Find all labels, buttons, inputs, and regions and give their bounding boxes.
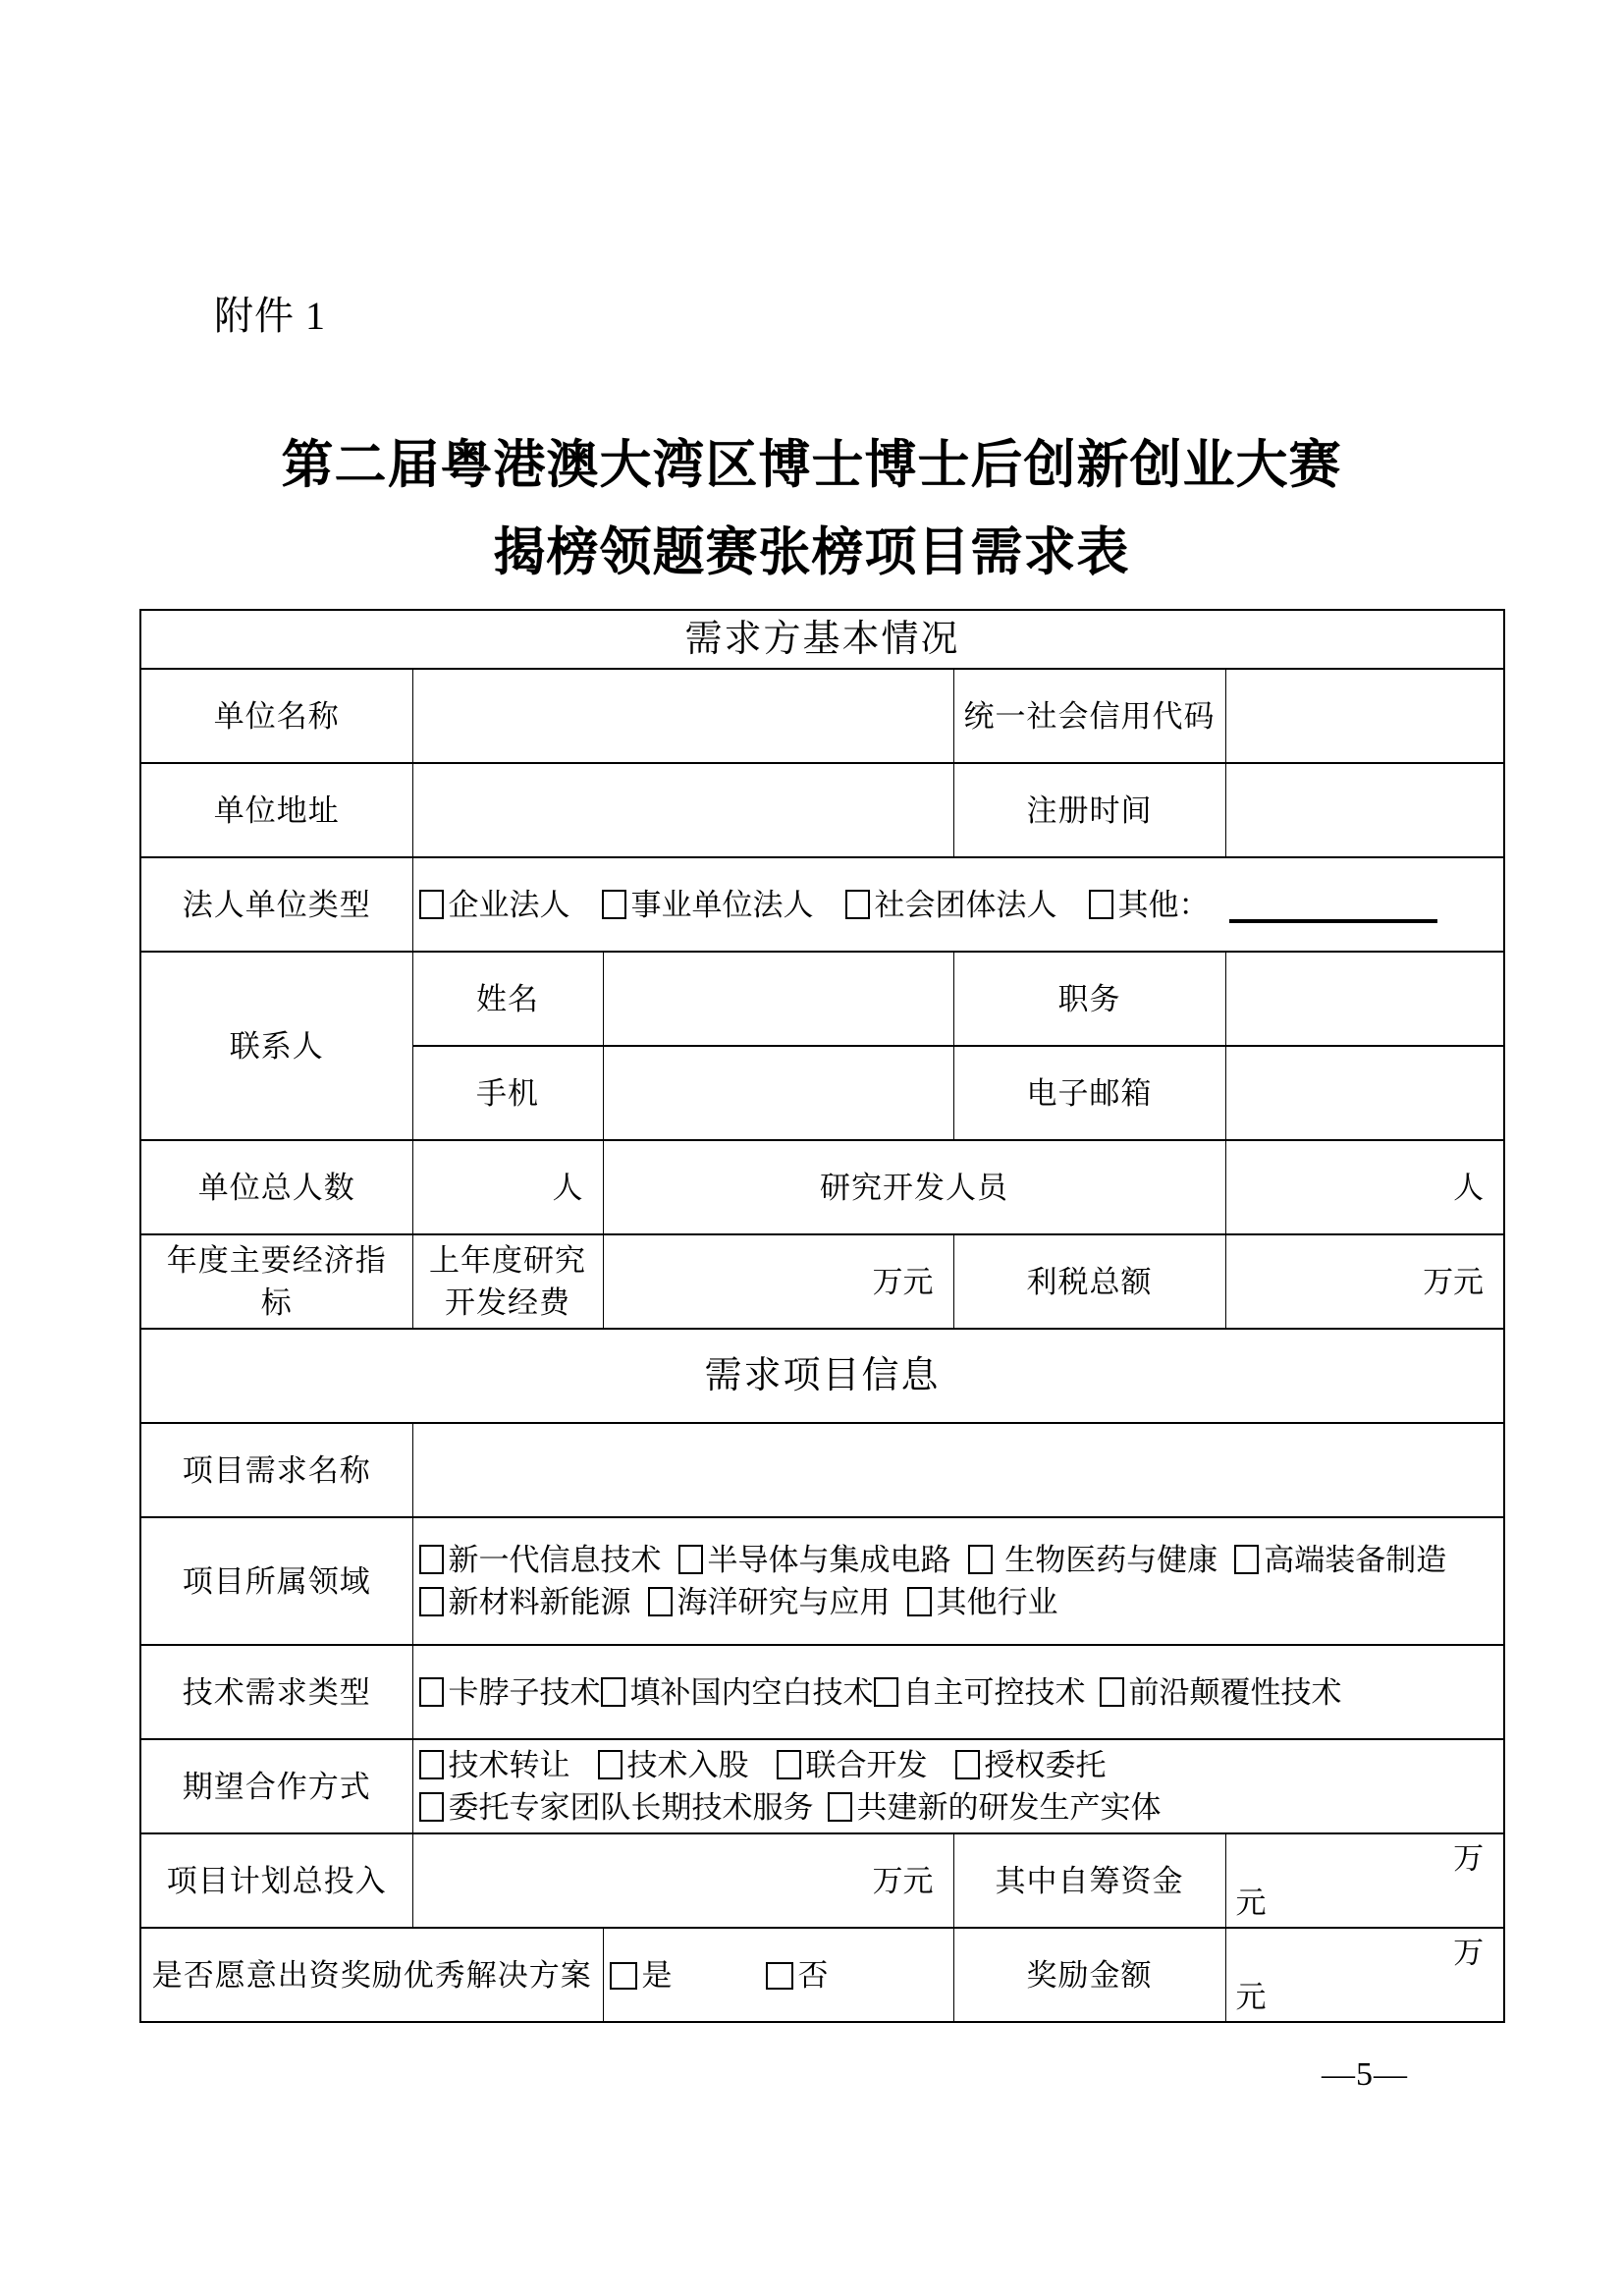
- contact-position-input-cell[interactable]: [1225, 952, 1504, 1046]
- checkbox-icon[interactable]: [598, 1750, 622, 1779]
- contact-name-input-cell[interactable]: [603, 952, 953, 1046]
- cooperation-mode-label: 期望合作方式: [140, 1739, 412, 1833]
- checkbox-icon[interactable]: [907, 1587, 932, 1616]
- reward-amount-unit-wrapped: 万元: [1236, 1931, 1494, 2019]
- option-frontier-disruptive: 前沿颠覆性技术: [1100, 1675, 1342, 1710]
- checkbox-icon[interactable]: [1100, 1677, 1124, 1707]
- contact-position-label: 职务: [953, 952, 1225, 1046]
- document-title-line1: 第二届粤港澳大湾区博士博士后创新创业大赛: [130, 422, 1493, 510]
- self-fund-label: 其中自筹资金: [953, 1833, 1225, 1928]
- rd-fund-unit-cell[interactable]: 万元: [603, 1234, 953, 1329]
- rd-staff-label: 研究开发人员: [603, 1140, 1225, 1234]
- self-fund-unit-cell[interactable]: 万元: [1225, 1833, 1504, 1928]
- checkbox-icon[interactable]: [874, 1677, 898, 1707]
- tech-demand-options-cell: 卡脖子技术填补国内空白技术自主可控技术前沿颠覆性技术: [412, 1645, 1504, 1739]
- option-biomedicine-health: 生物医药与健康: [968, 1543, 1218, 1577]
- option-yes: 是: [610, 1958, 673, 1993]
- staff-total-label: 单位总人数: [140, 1140, 412, 1234]
- option-new-materials-energy: 新材料新能源: [419, 1585, 631, 1619]
- reward-amount-unit-cell[interactable]: 万元: [1225, 1928, 1504, 2022]
- tech-demand-type-label: 技术需求类型: [140, 1645, 412, 1739]
- staff-total-unit-cell[interactable]: 人: [412, 1140, 603, 1234]
- option-institution-legal-person: 事业单位法人: [602, 888, 814, 922]
- checkbox-icon[interactable]: [648, 1587, 673, 1616]
- cooperation-options-line2: 委托专家团队长期技术服务共建新的研发生产实体: [419, 1786, 1498, 1829]
- legal-type-options-cell: 企业法人事业单位法人社会团体法人其他：: [412, 857, 1504, 952]
- checkbox-icon[interactable]: [678, 1545, 703, 1574]
- profit-tax-unit-cell[interactable]: 万元: [1225, 1234, 1504, 1329]
- option-authorized-commission: 授权委托: [955, 1748, 1107, 1782]
- project-name-label: 项目需求名称: [140, 1423, 412, 1517]
- unit-name-label: 单位名称: [140, 669, 412, 763]
- checkbox-icon[interactable]: [1089, 890, 1113, 919]
- project-field-options-cell: 新一代信息技术半导体与集成电路 生物医药与健康高端装备制造 新材料新能源海洋研究…: [412, 1517, 1504, 1645]
- rd-fund-label: 上年度研究开发经费: [412, 1234, 603, 1329]
- option-next-gen-it: 新一代信息技术: [419, 1543, 662, 1577]
- option-independent-controllable: 自主可控技术: [874, 1675, 1086, 1710]
- option-tech-transfer: 技术转让: [419, 1748, 570, 1782]
- reward-amount-label: 奖励金额: [953, 1928, 1225, 2022]
- option-new-rd-entity: 共建新的研发生产实体: [828, 1790, 1162, 1825]
- demand-form-table: 需求方基本情况 单位名称 统一社会信用代码 单位地址 注册时间 法人单位类型 企…: [139, 609, 1505, 2023]
- page-number: —5—: [1322, 2056, 1408, 2094]
- contact-email-label: 电子邮箱: [953, 1046, 1225, 1140]
- other-fill-blank[interactable]: [1229, 884, 1437, 923]
- attachment-label: 附件 1: [214, 293, 326, 340]
- checkbox-icon[interactable]: [419, 1677, 444, 1707]
- reward-yes-no-cell: 是否: [603, 1928, 953, 2022]
- option-other-legal-type: 其他：: [1089, 888, 1437, 922]
- profit-tax-label: 利税总额: [953, 1234, 1225, 1329]
- checkbox-icon[interactable]: [845, 890, 870, 919]
- option-marine-research: 海洋研究与应用: [648, 1585, 891, 1619]
- section-header-basic-info: 需求方基本情况: [140, 610, 1504, 669]
- option-high-end-equipment: 高端装备制造: [1234, 1543, 1446, 1577]
- self-fund-unit-wrapped: 万元: [1236, 1836, 1494, 1925]
- contact-mobile-label: 手机: [412, 1046, 603, 1140]
- option-no: 否: [766, 1958, 829, 1993]
- project-field-label: 项目所属领域: [140, 1517, 412, 1645]
- option-enterprise-legal-person: 企业法人: [419, 888, 570, 922]
- legal-type-label: 法人单位类型: [140, 857, 412, 952]
- option-semiconductor-ic: 半导体与集成电路: [678, 1543, 951, 1577]
- cooperation-options-line1: 技术转让技术入股联合开发授权委托: [419, 1744, 1498, 1786]
- checkbox-icon[interactable]: [419, 1587, 444, 1616]
- document-title: 第二届粤港澳大湾区博士博士后创新创业大赛 揭榜领题赛张榜项目需求表: [130, 422, 1493, 597]
- document-page: 附件 1 第二届粤港澳大湾区博士博士后创新创业大赛 揭榜领题赛张榜项目需求表 需…: [0, 0, 1623, 2296]
- rd-staff-unit-cell[interactable]: 人: [1225, 1140, 1504, 1234]
- cooperation-options-cell: 技术转让技术入股联合开发授权委托 委托专家团队长期技术服务共建新的研发生产实体: [412, 1739, 1504, 1833]
- checkbox-icon[interactable]: [419, 1545, 444, 1574]
- unit-address-input-cell[interactable]: [412, 763, 953, 857]
- checkbox-icon[interactable]: [419, 1792, 444, 1822]
- reward-willingness-label: 是否愿意出资奖励优秀解决方案: [140, 1928, 603, 2022]
- unit-address-label: 单位地址: [140, 763, 412, 857]
- option-bottleneck-tech: 卡脖子技术: [419, 1675, 601, 1710]
- checkbox-icon[interactable]: [1234, 1545, 1259, 1574]
- checkbox-icon[interactable]: [828, 1792, 852, 1822]
- option-joint-development: 联合开发: [777, 1748, 928, 1782]
- contact-label: 联系人: [140, 952, 412, 1140]
- total-investment-label: 项目计划总投入: [140, 1833, 412, 1928]
- document-title-line2: 揭榜领题赛张榜项目需求表: [130, 510, 1493, 597]
- checkbox-icon[interactable]: [955, 1750, 980, 1779]
- checkbox-icon[interactable]: [766, 1962, 793, 1990]
- credit-code-input-cell[interactable]: [1225, 669, 1504, 763]
- section-header-project-info: 需求项目信息: [140, 1329, 1504, 1423]
- option-fill-domestic-gap: 填补国内空白技术: [601, 1675, 874, 1710]
- checkbox-icon[interactable]: [602, 890, 626, 919]
- contact-mobile-input-cell[interactable]: [603, 1046, 953, 1140]
- checkbox-icon[interactable]: [601, 1677, 625, 1707]
- unit-name-input-cell[interactable]: [412, 669, 953, 763]
- register-time-input-cell[interactable]: [1225, 763, 1504, 857]
- checkbox-icon[interactable]: [419, 890, 444, 919]
- checkbox-icon[interactable]: [968, 1545, 993, 1574]
- option-other-industry: 其他行业: [907, 1585, 1058, 1619]
- contact-email-input-cell[interactable]: [1225, 1046, 1504, 1140]
- checkbox-icon[interactable]: [419, 1750, 444, 1779]
- register-time-label: 注册时间: [953, 763, 1225, 857]
- project-name-input-cell[interactable]: [412, 1423, 1504, 1517]
- option-social-group-legal-person: 社会团体法人: [845, 888, 1057, 922]
- option-expert-team-service: 委托专家团队长期技术服务: [419, 1790, 814, 1825]
- checkbox-icon[interactable]: [610, 1962, 637, 1990]
- total-investment-unit-cell[interactable]: 万元: [412, 1833, 953, 1928]
- project-field-options-line2: 新材料新能源海洋研究与应用其他行业: [419, 1581, 1498, 1623]
- credit-code-label: 统一社会信用代码: [953, 669, 1225, 763]
- checkbox-icon[interactable]: [777, 1750, 801, 1779]
- option-tech-equity: 技术入股: [598, 1748, 749, 1782]
- contact-name-label: 姓名: [412, 952, 603, 1046]
- project-field-options-line1: 新一代信息技术半导体与集成电路 生物医药与健康高端装备制造: [419, 1539, 1479, 1581]
- economic-indicator-label: 年度主要经济指标: [140, 1234, 412, 1329]
